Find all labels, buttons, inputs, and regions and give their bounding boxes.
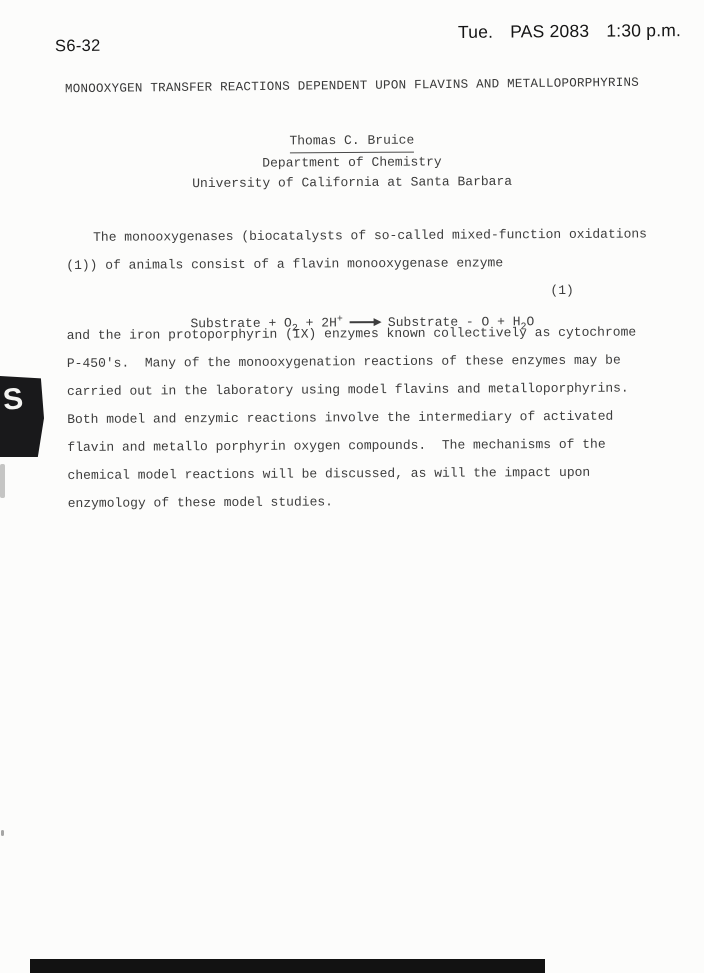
equation-superscript: + bbox=[337, 314, 343, 325]
equation-rhs: O bbox=[526, 314, 534, 329]
reaction-equation: Substrate + O2 + 2H+Substrate - O + H2O … bbox=[66, 276, 666, 308]
scan-edge-bar bbox=[30, 959, 545, 973]
abstract-line: The monooxygenases (biocatalysts of so-c… bbox=[66, 220, 666, 252]
program-header: Tue. PAS 2083 1:30 p.m. bbox=[458, 20, 681, 43]
abstract-body: The monooxygenases (biocatalysts of so-c… bbox=[66, 220, 668, 518]
abstract-line: (1)) of animals consist of a flavin mono… bbox=[66, 248, 666, 280]
author-name: Thomas C. Bruice bbox=[289, 131, 414, 154]
index-tab-letter: S bbox=[2, 382, 25, 418]
header-program-code: PAS 2083 bbox=[510, 21, 589, 43]
equation-lhs: + 2H bbox=[298, 315, 337, 330]
abstract-line: enzymology of these model studies. bbox=[68, 486, 668, 518]
author-block: Thomas C. Bruice Department of Chemistry… bbox=[0, 129, 704, 196]
abstract-line: Both model and enzymic reactions involve… bbox=[67, 402, 667, 434]
scan-smudge bbox=[0, 464, 5, 498]
abstract-line: chemical model reactions will be discuss… bbox=[67, 458, 667, 490]
header-time: 1:30 p.m. bbox=[606, 20, 681, 42]
equation-lhs: Substrate + O bbox=[190, 316, 292, 332]
equation-number: (1) bbox=[550, 277, 574, 305]
session-code: S6-32 bbox=[55, 37, 101, 56]
scan-smudge bbox=[1, 830, 4, 836]
paper-title: MONOOXYGEN TRANSFER REACTIONS DEPENDENT … bbox=[0, 75, 704, 97]
header-day: Tue. bbox=[458, 22, 493, 43]
reaction-arrow-icon bbox=[350, 321, 380, 323]
scanned-abstract-page: S6-32 Tue. PAS 2083 1:30 p.m. MONOOXYGEN… bbox=[0, 0, 704, 973]
equation-rhs: Substrate - O + H bbox=[388, 314, 521, 330]
index-tab: S bbox=[0, 376, 44, 457]
author-institution: University of California at Santa Barbar… bbox=[0, 171, 704, 196]
abstract-line: flavin and metallo porphyrin oxygen comp… bbox=[67, 430, 667, 462]
